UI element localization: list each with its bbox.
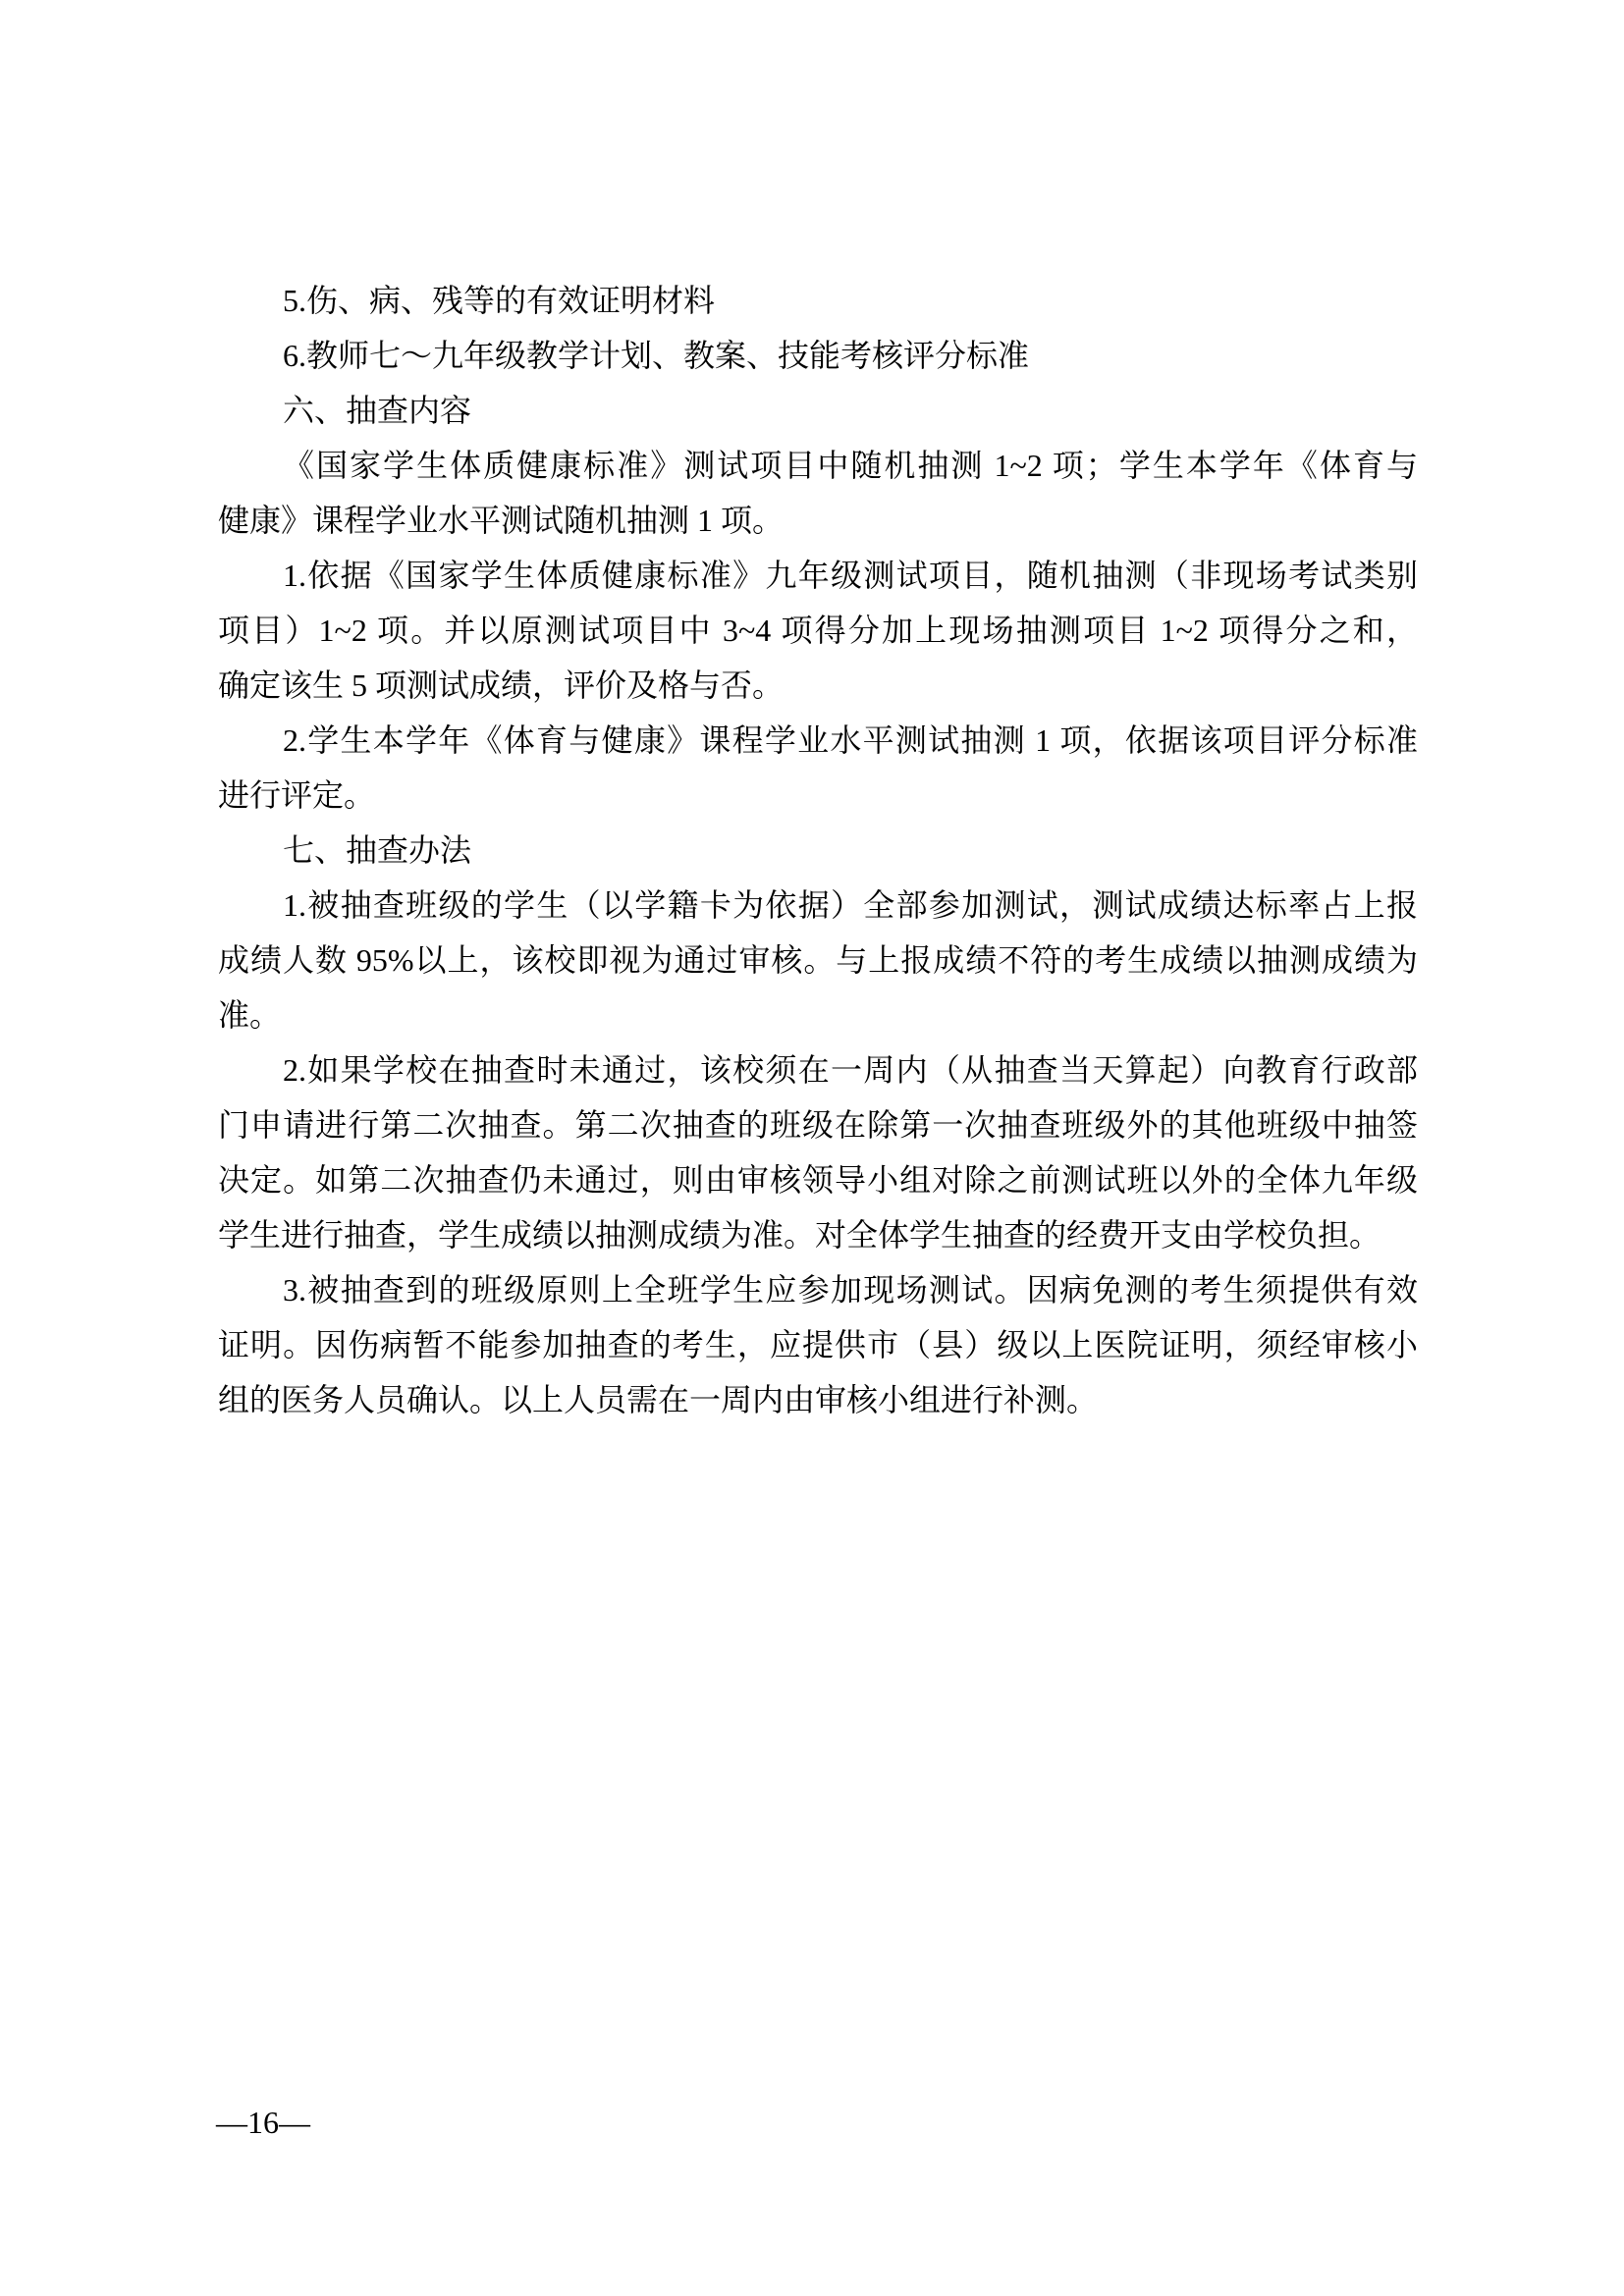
section-heading: 七、抽查办法 xyxy=(218,823,1418,878)
text-line: 学生进行抽查，学生成绩以抽测成绩为准。对全体学生抽查的经费开支由学校负担。 xyxy=(218,1207,1418,1262)
text-line: 证明。因伤病暂不能参加抽查的考生，应提供市（县）级以上医院证明，须经审核小 xyxy=(218,1317,1418,1372)
text-line: 进行评定。 xyxy=(218,768,1418,823)
text-line: 准。 xyxy=(218,988,1418,1042)
section-heading: 六、抽查内容 xyxy=(218,383,1418,438)
text-line: 门申请进行第二次抽查。第二次抽查的班级在除第一次抽查班级外的其他班级中抽签 xyxy=(218,1097,1418,1152)
text-line: 1.被抽查班级的学生（以学籍卡为依据）全部参加测试，测试成绩达标率占上报 xyxy=(218,878,1418,933)
text-line: 6.教师七～九年级教学计划、教案、技能考核评分标准 xyxy=(218,328,1418,383)
text-line: 2.学生本学年《体育与健康》课程学业水平测试抽测 1 项，依据该项目评分标准 xyxy=(218,713,1418,768)
text-line: 项目）1~2 项。并以原测试项目中 3~4 项得分加上现场抽测项目 1~2 项得… xyxy=(218,603,1418,658)
text-line: 健康》课程学业水平测试随机抽测 1 项。 xyxy=(218,493,1418,548)
text-line: 2.如果学校在抽查时未通过，该校须在一周内（从抽查当天算起）向教育行政部 xyxy=(218,1042,1418,1097)
text-line: 3.被抽查到的班级原则上全班学生应参加现场测试。因病免测的考生须提供有效 xyxy=(218,1262,1418,1317)
text-line: 确定该生 5 项测试成绩，评价及格与否。 xyxy=(218,658,1418,713)
text-line: 决定。如第二次抽查仍未通过，则由审核领导小组对除之前测试班以外的全体九年级 xyxy=(218,1152,1418,1207)
text-line: 成绩人数 95%以上，该校即视为通过审核。与上报成绩不符的考生成绩以抽测成绩为 xyxy=(218,933,1418,988)
text-line: 《国家学生体质健康标准》测试项目中随机抽测 1~2 项；学生本学年《体育与 xyxy=(218,438,1418,493)
document-page: 5.伤、病、残等的有效证明材料 6.教师七～九年级教学计划、教案、技能考核评分标… xyxy=(0,0,1624,2296)
document-body: 5.伤、病、残等的有效证明材料 6.教师七～九年级教学计划、教案、技能考核评分标… xyxy=(218,273,1418,1427)
page-number: —16— xyxy=(216,2095,310,2150)
text-line: 1.依据《国家学生体质健康标准》九年级测试项目，随机抽测（非现场考试类别 xyxy=(218,548,1418,603)
text-line: 5.伤、病、残等的有效证明材料 xyxy=(218,273,1418,328)
text-line: 组的医务人员确认。以上人员需在一周内由审核小组进行补测。 xyxy=(218,1372,1418,1427)
